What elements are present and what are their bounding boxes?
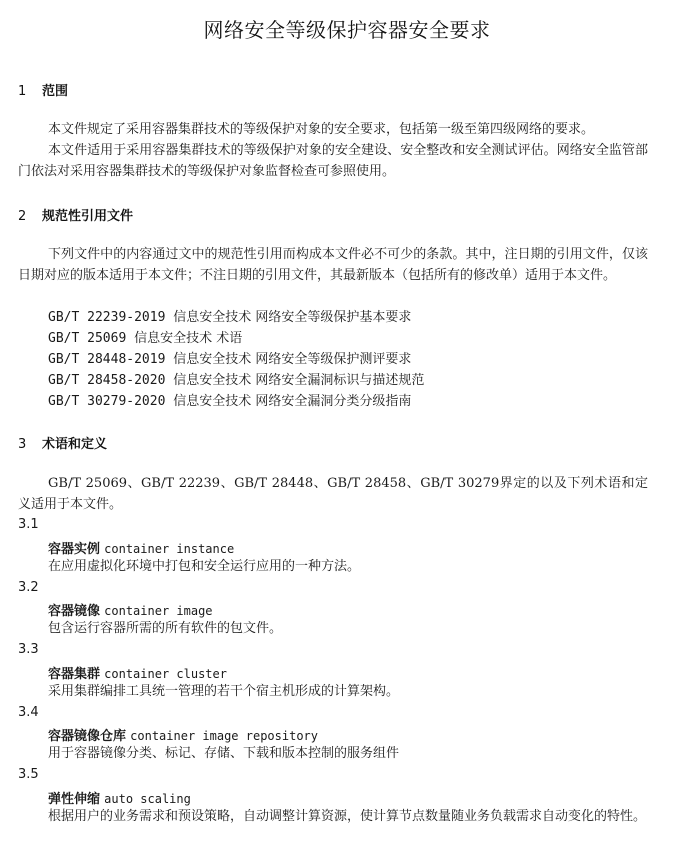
term-number: 3.1 [18,517,39,532]
term-zh: 容器实例 [48,542,100,557]
term-heading: 弹性伸缩 auto scaling [48,788,191,807]
paragraph: 下列文件中的内容通过文中的规范性引用而构成本文件必不可少的条款。其中，注日期的引… [18,244,648,286]
term-number: 3.4 [18,705,39,720]
term-number: 3.5 [18,767,39,782]
reference-title: 信息安全技术 术语 [134,331,242,346]
term-heading: 容器集群 container cluster [48,663,227,682]
section-title: 范围 [42,84,68,99]
term-en: container image repository [130,729,318,743]
section-title: 规范性引用文件 [42,209,133,224]
term-en: container image [104,604,212,618]
term-number: 3.3 [18,642,39,657]
reference-title: 信息安全技术 网络安全漏洞标识与描述规范 [173,373,424,388]
reference-title: 信息安全技术 网络安全漏洞分类分级指南 [173,394,411,409]
term-heading: 容器镜像仓库 container image repository [48,725,318,744]
reference-code: GB/T 28458-2020 [48,373,165,388]
paragraph: 本文件规定了采用容器集群技术的等级保护对象的安全要求，包括第一级至第四级网络的要… [18,119,648,140]
reference-item: GB/T 25069 信息安全技术 术语 [48,328,242,349]
term-definition: 用于容器镜像分类、标记、存储、下载和版本控制的服务组件 [48,743,648,764]
paragraph: 本文件适用于采用容器集群技术的等级保护对象的安全建设、安全整改和安全测试评估。网… [18,140,648,182]
section-number: 3 [18,437,42,452]
document-title: 网络安全等级保护容器安全要求 [0,14,694,43]
term-definition: 根据用户的业务需求和预设策略，自动调整计算资源，使计算节点数量随业务负载需求自动… [18,806,648,827]
section-heading-2: 2规范性引用文件 [18,205,133,224]
reference-code: GB/T 22239-2019 [48,310,165,325]
term-heading: 容器实例 container instance [48,538,234,557]
reference-title: 信息安全技术 网络安全等级保护基本要求 [173,310,411,325]
term-zh: 弹性伸缩 [48,792,100,807]
paragraph: GB/T 25069、GB/T 22239、GB/T 28448、GB/T 28… [18,473,648,515]
term-en: container instance [104,542,234,556]
document-page: 网络安全等级保护容器安全要求 1范围 本文件规定了采用容器集群技术的等级保护对象… [0,0,694,849]
term-zh: 容器集群 [48,667,100,682]
term-zh: 容器镜像仓库 [48,729,126,744]
section-heading-3: 3术语和定义 [18,433,107,452]
term-heading: 容器镜像 container image [48,600,213,619]
term-definition: 采用集群编排工具统一管理的若干个宿主机形成的计算架构。 [48,681,648,702]
term-definition: 在应用虚拟化环境中打包和安全运行应用的一种方法。 [48,556,648,577]
section-title: 术语和定义 [42,437,107,452]
reference-item: GB/T 28458-2020 信息安全技术 网络安全漏洞标识与描述规范 [48,370,424,391]
term-zh: 容器镜像 [48,604,100,619]
term-en: container cluster [104,667,227,681]
reference-item: GB/T 30279-2020 信息安全技术 网络安全漏洞分类分级指南 [48,391,411,412]
section-heading-1: 1范围 [18,80,68,99]
term-number: 3.2 [18,580,39,595]
reference-code: GB/T 28448-2019 [48,352,165,367]
reference-item: GB/T 22239-2019 信息安全技术 网络安全等级保护基本要求 [48,307,411,328]
reference-code: GB/T 25069 [48,331,126,346]
reference-code: GB/T 30279-2020 [48,394,165,409]
reference-item: GB/T 28448-2019 信息安全技术 网络安全等级保护测评要求 [48,349,411,370]
section-number: 1 [18,84,42,99]
reference-title: 信息安全技术 网络安全等级保护测评要求 [173,352,411,367]
section-number: 2 [18,209,42,224]
term-definition: 包含运行容器所需的所有软件的包文件。 [48,618,648,639]
term-en: auto scaling [104,792,191,806]
